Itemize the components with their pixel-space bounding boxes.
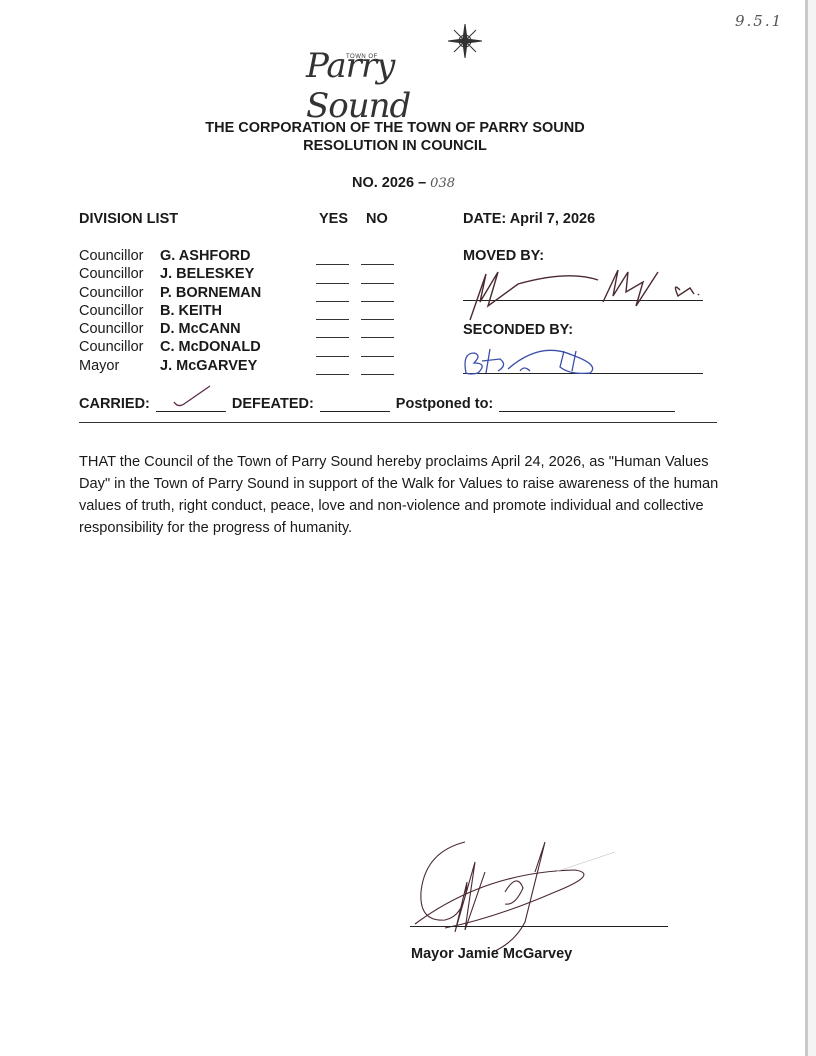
vote-blanks — [316, 247, 394, 375]
checkmark-icon — [170, 382, 216, 412]
defeated-label: DEFEATED: — [232, 396, 314, 412]
yes-vote-blank[interactable] — [316, 360, 349, 375]
resolution-number-label: NO. 2026 – — [352, 175, 426, 191]
member-name: J. McGARVEY — [160, 357, 257, 375]
no-vote-blank[interactable] — [361, 287, 394, 302]
vote-blank-row — [316, 302, 394, 320]
division-list-row: CouncillorB. KEITH — [79, 302, 261, 320]
logo-script: Parry Sound — [306, 46, 500, 126]
member-role: Councillor — [79, 284, 160, 302]
yes-vote-blank[interactable] — [316, 342, 349, 357]
resolution-body: THAT the Council of the Town of Parry So… — [79, 451, 719, 539]
yes-vote-blank[interactable] — [316, 269, 349, 284]
section-divider — [79, 422, 717, 423]
division-list-row: CouncillorP. BORNEMAN — [79, 284, 261, 302]
vote-blank-row — [316, 357, 394, 375]
vote-blank-row — [316, 247, 394, 265]
vote-blank-row — [316, 320, 394, 338]
carried-label: CARRIED: — [79, 396, 150, 412]
yes-column-heading: YES — [319, 211, 348, 227]
mayor-name: Mayor Jamie McGarvey — [411, 946, 572, 962]
member-name: J. BELESKEY — [160, 265, 254, 283]
mayor-signature-line — [410, 926, 668, 927]
moved-by-signature — [458, 262, 718, 322]
no-vote-blank[interactable] — [361, 250, 394, 265]
yes-vote-blank[interactable] — [316, 250, 349, 265]
resolution-title: RESOLUTION IN COUNCIL — [0, 138, 790, 154]
member-name: B. KEITH — [160, 302, 222, 320]
member-role: Councillor — [79, 247, 160, 265]
town-logo: Parry Sound TOWN OF — [300, 24, 500, 88]
no-column-heading: NO — [366, 211, 388, 227]
member-name: C. McDONALD — [160, 338, 261, 356]
seconded-by-signature — [460, 345, 610, 379]
mayor-signature — [405, 832, 615, 957]
division-list-heading: DIVISION LIST — [79, 211, 178, 227]
member-name: D. McCANN — [160, 320, 241, 338]
no-vote-blank[interactable] — [361, 323, 394, 338]
member-role: Councillor — [79, 302, 160, 320]
member-role: Mayor — [79, 357, 160, 375]
resolution-number: NO. 2026 –038 — [352, 175, 455, 191]
division-list-row: CouncillorC. McDONALD — [79, 338, 261, 356]
scan-edge-shadow — [808, 0, 816, 1056]
member-role: Councillor — [79, 320, 160, 338]
member-role: Councillor — [79, 265, 160, 283]
page-reference-handwritten: 9.5.1 — [735, 12, 783, 30]
defeated-field[interactable] — [320, 396, 390, 412]
seconded-by-label: SECONDED BY: — [463, 322, 573, 338]
vote-blank-row — [316, 338, 394, 356]
postponed-label: Postponed to: — [396, 396, 493, 412]
resolution-text: THAT the Council of the Town of Parry So… — [79, 451, 719, 539]
vote-blank-row — [316, 265, 394, 283]
no-vote-blank[interactable] — [361, 360, 394, 375]
compass-rose-icon — [448, 24, 482, 58]
no-vote-blank[interactable] — [361, 269, 394, 284]
corporation-title: THE CORPORATION OF THE TOWN OF PARRY SOU… — [0, 120, 790, 136]
carried-field[interactable] — [156, 396, 226, 412]
division-list-row: CouncillorJ. BELESKEY — [79, 265, 261, 283]
scan-edge — [805, 0, 808, 1056]
yes-vote-blank[interactable] — [316, 305, 349, 320]
yes-vote-blank[interactable] — [316, 323, 349, 338]
postponed-field[interactable] — [499, 396, 675, 412]
division-list-row: MayorJ. McGARVEY — [79, 357, 261, 375]
member-name: P. BORNEMAN — [160, 284, 261, 302]
division-list: CouncillorG. ASHFORDCouncillorJ. BELESKE… — [79, 247, 261, 375]
member-name: G. ASHFORD — [160, 247, 251, 265]
division-list-row: CouncillorG. ASHFORD — [79, 247, 261, 265]
resolution-number-handwritten: 038 — [430, 176, 455, 191]
member-role: Councillor — [79, 338, 160, 356]
division-list-row: CouncillorD. McCANN — [79, 320, 261, 338]
date-field: DATE: April 7, 2026 — [463, 211, 595, 227]
vote-outcome-row: CARRIED: DEFEATED: Postponed to: — [79, 396, 681, 412]
logo-town-of: TOWN OF — [346, 54, 378, 60]
vote-blank-row — [316, 284, 394, 302]
no-vote-blank[interactable] — [361, 342, 394, 357]
no-vote-blank[interactable] — [361, 305, 394, 320]
yes-vote-blank[interactable] — [316, 287, 349, 302]
